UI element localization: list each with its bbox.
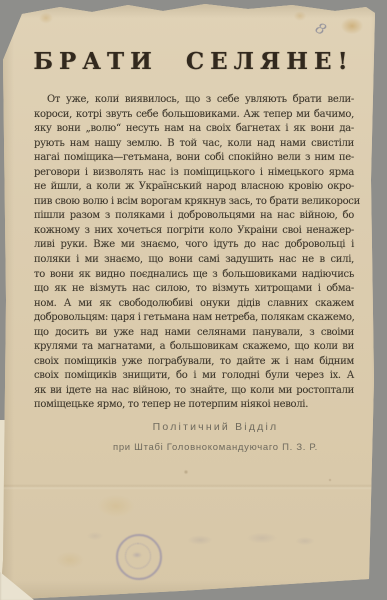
body-line: поляки і ми знаємо, що вони самі задушит… <box>34 253 354 268</box>
document-title: БРАТИ СЕЛЯНЕ! <box>0 48 387 75</box>
leaflet-paper: БРАТИ СЕЛЯНЕ! От уже, коли виявилось, що… <box>0 0 387 600</box>
body-line: ном. А ми як свободолюбиві онуки дідів с… <box>34 297 354 312</box>
body-line: реговори і визволять нас із поміщицького… <box>34 166 354 181</box>
signature-department: Політичний Відділ <box>22 421 387 433</box>
body-line: пив свою волю і всім ворогам крякнув зас… <box>34 195 354 210</box>
body-line: поміщецьке ярмо, то тепер не потерпим ні… <box>34 398 354 413</box>
handwritten-archival-number: 8 <box>312 19 329 39</box>
signature-headquarters: при Штабі Головнокомандуючаго П. З. Р. <box>22 442 387 453</box>
body-line: добровольцям: царя і гетьмана нам нетреб… <box>34 311 354 326</box>
body-line: то вони як видно поєднались ще з большов… <box>34 268 354 283</box>
body-line: ливі руки. Вже ми знаємо, чого ідуть до … <box>34 238 354 253</box>
body-line: нагаі поміщика—гетьмана, вони собі спокі… <box>34 151 354 166</box>
body-line: як ви ідете на нас війною, то знайте, що… <box>34 384 354 399</box>
body-line: короси, котрі звуть себе большовиками. А… <box>34 108 354 123</box>
body-line: кожному з них хочеться погріти коло Укра… <box>34 224 354 239</box>
body-line: своіх поміщиків знищити, бо і ми голодні… <box>34 369 354 384</box>
round-ink-stamp-icon <box>116 534 162 580</box>
body-text: От уже, коли виявилось, що з себе увляют… <box>34 93 354 413</box>
body-line: крулями та магнатами, а большовикам скаж… <box>34 340 354 355</box>
body-line: От уже, коли виявилось, що з себе увляют… <box>34 93 354 108</box>
signature-block: Політичний Відділ при Штабі Головнокоман… <box>22 421 387 453</box>
body-line: своіх поміщиків уже пограбували, то дайт… <box>34 355 354 370</box>
body-line: що як не візмуть нас силою, то візмуть х… <box>34 282 354 297</box>
scanned-leaflet-scene: БРАТИ СЕЛЯНЕ! От уже, коли виявилось, що… <box>0 0 387 600</box>
body-line: рують нам нашу землю. В той час, коли на… <box>34 137 354 152</box>
stamp-center-smudge <box>132 552 142 558</box>
body-line: пішли разом з поляками і добровольцями н… <box>34 209 354 224</box>
body-line: яку вони „волю“ несуть нам на своіх багн… <box>34 122 354 137</box>
body-line: що досить ви уже над нами селянами панув… <box>34 326 354 341</box>
body-line: не йшли, а коли ж Український народ влас… <box>34 180 354 195</box>
